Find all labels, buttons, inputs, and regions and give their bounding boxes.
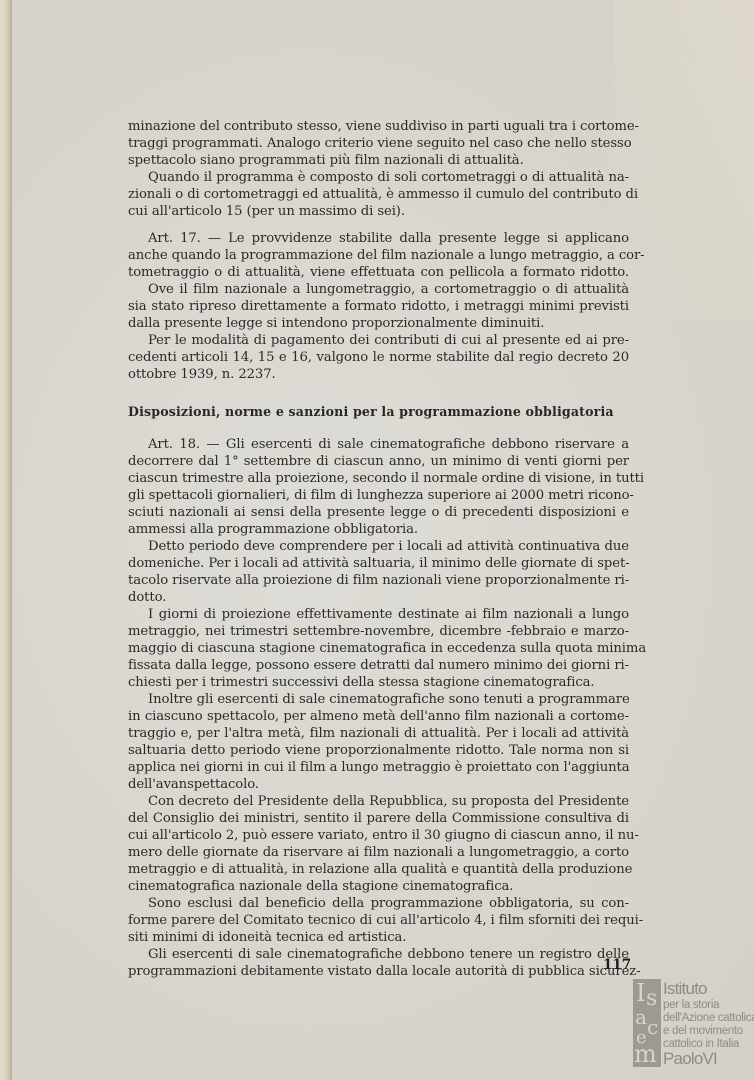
text-line: cedenti articoli 14, 15 e 16, valgono le… xyxy=(128,349,629,366)
text-line: forme parere del Comitato tecnico di cui… xyxy=(128,912,629,929)
text-line: Con decreto del Presidente della Repubbl… xyxy=(148,793,629,810)
text-line: I giorni di proiezione effettivamente de… xyxy=(148,606,629,623)
text-line: Detto periodo deve comprendere per i loc… xyxy=(148,538,629,555)
text-line: ciascun trimestre alla proiezione, secon… xyxy=(128,470,629,487)
text-line: applica nei giorni in cui il film a lung… xyxy=(128,759,629,776)
article-18-first-line: Art. 18. — Gli esercenti di sale cinemat… xyxy=(148,436,629,453)
text-line: saltuaria detto periodo viene proporzion… xyxy=(128,742,629,759)
text-line: del Consiglio dei ministri, sentito il p… xyxy=(128,810,629,827)
monogram-letter: a xyxy=(635,1007,647,1027)
monogram-letter: s xyxy=(646,988,657,1010)
text-line: Ove il film nazionale a lungometraggio, … xyxy=(148,281,629,298)
text-line: domeniche. Per i locali ad attività salt… xyxy=(128,555,629,572)
text-line: minazione del contributo stesso, viene s… xyxy=(128,118,629,135)
text-line: dalla presente legge si intendono propor… xyxy=(128,315,629,332)
text-line: traggi programmati. Analogo criterio vie… xyxy=(128,135,629,152)
article-17-first-line: Art. 17. — Le provvidenze stabilite dall… xyxy=(148,230,629,247)
text-line: tometraggio o di attualità, viene effett… xyxy=(128,264,629,281)
text-line: sciuti nazionali ai sensi della presente… xyxy=(128,504,629,521)
monogram-letter: c xyxy=(647,1017,658,1037)
text-line: Per le modalità di pagamento dei contrib… xyxy=(148,332,629,349)
text-line: ottobre 1939, n. 2237. xyxy=(128,366,629,383)
text-line: gli spettacoli giornalieri, di film di l… xyxy=(128,487,629,504)
text-line: dotto. xyxy=(128,589,629,606)
text-line: siti minimi di idoneità tecnica ed artis… xyxy=(128,929,629,946)
text-line: Quando il programma è composto di soli c… xyxy=(148,169,629,186)
page-number: 117 xyxy=(603,957,631,973)
text-line: cui all'articolo 15 (per un massimo di s… xyxy=(128,203,629,220)
text-line: chiesti per i trimestri successivi della… xyxy=(128,674,629,691)
text-line: sia stato ripreso direttamente a formato… xyxy=(128,298,629,315)
text-line: tacolo riservate alla proiezione di film… xyxy=(128,572,629,589)
text-line: anche quando la programmazione del film … xyxy=(128,247,629,264)
text-line: spettacolo siano programmati più film na… xyxy=(128,152,629,169)
text-line: ammessi alla programmazione obbligatoria… xyxy=(128,521,629,538)
isacem-watermark-logo: I s a c e m Istituto per la storia dell'… xyxy=(633,979,754,1068)
text-line: programmazioni debitamente vistato dalla… xyxy=(128,963,629,980)
text-line: cinematografica nazionale della stagione… xyxy=(128,878,629,895)
text-line: in ciascuno spettacolo, per almeno metà … xyxy=(128,708,629,725)
logo-line: e del movimento xyxy=(663,1026,743,1038)
monogram-letter: m xyxy=(634,1042,657,1066)
text-line: traggio e, per l'altra metà, film nazion… xyxy=(128,725,629,742)
text-line: fissata dalla legge, possono essere detr… xyxy=(128,657,629,674)
logo-paolo-vi: PaoloVI xyxy=(663,1050,717,1067)
book-spine-edge xyxy=(0,0,12,1080)
text-line: Gli esercenti di sale cinematografiche d… xyxy=(148,946,629,963)
logo-line: per la storia xyxy=(663,1000,719,1012)
text-line: Inoltre gli esercenti di sale cinematogr… xyxy=(148,691,629,708)
text-line: decorrere dal 1° settembre di ciascun an… xyxy=(128,453,629,470)
text-line: cui all'articolo 2, può essere variato, … xyxy=(128,827,629,844)
text-line: maggio di ciascuna stagione cinematograf… xyxy=(128,640,629,657)
text-line: metraggio e di attualità, in relazione a… xyxy=(128,861,629,878)
logo-title: Istituto xyxy=(663,980,707,997)
section-heading: Disposizioni, norme e sanzioni per la pr… xyxy=(128,404,629,422)
text-line: metraggio, nei trimestri settembre-novem… xyxy=(128,623,629,640)
monogram-block: I s a c e m xyxy=(633,979,661,1067)
text-line: zionali o di cortometraggi ed attualità,… xyxy=(128,186,629,203)
logo-line: dell'Azione cattolica xyxy=(663,1013,754,1025)
text-line: mero delle giornate da riservare ai film… xyxy=(128,844,629,861)
text-line: Sono esclusi dal beneficio della program… xyxy=(148,895,629,912)
text-line: dell'avanspettacolo. xyxy=(128,776,629,793)
monogram-letter: I xyxy=(636,981,645,1005)
